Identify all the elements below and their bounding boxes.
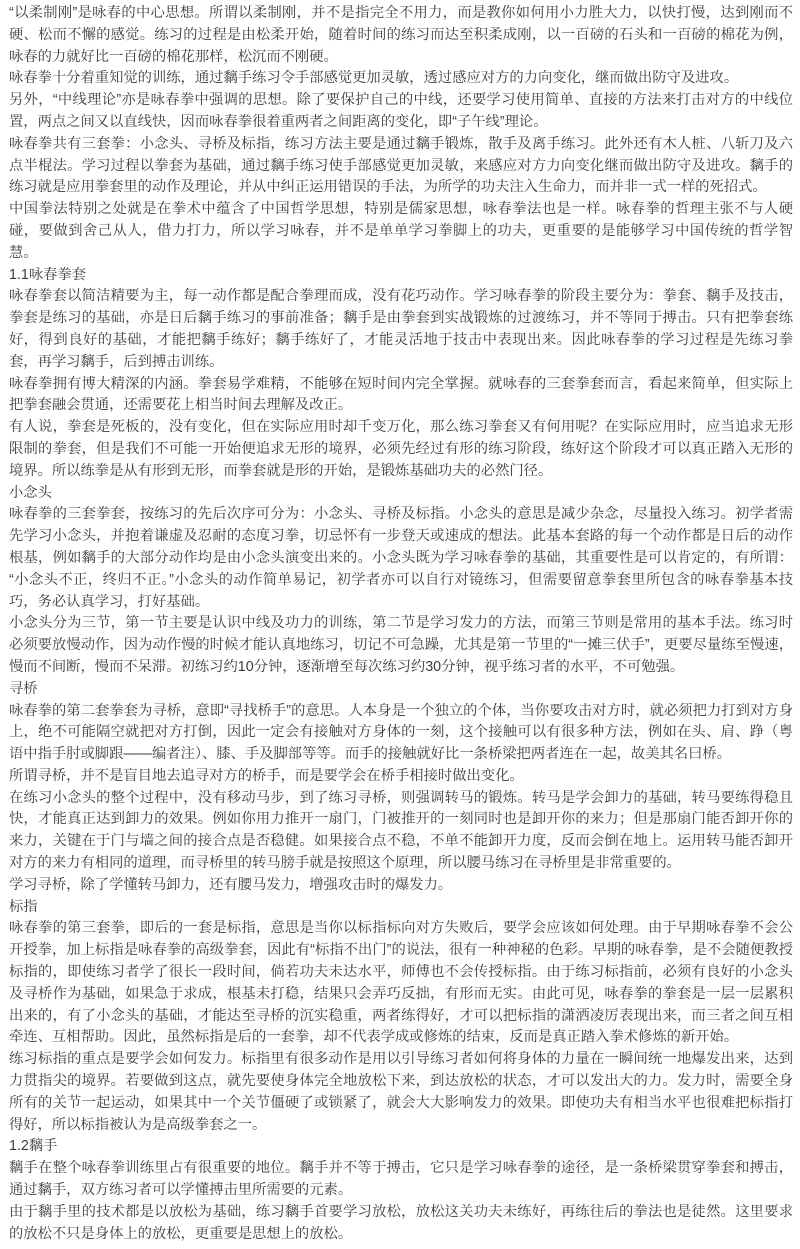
paragraph: 咏春拳的第三套拳，即后的一套是标指，意思是当你以标指标向对方失败后，要学会应该如… [9, 918, 793, 1049]
section-heading-yongchun-quantao: 1.1咏春拳套 [9, 265, 793, 287]
paragraph: 咏春拳十分着重知觉的训练，通过黐手练习令手部感觉更加灵敏，透过感应对方的力向变化… [9, 68, 793, 90]
section-heading-chi-sau: 1.2黐手 [9, 1136, 793, 1158]
paragraph: 另外，“中线理论”亦是咏春拳中强调的思想。除了要保护自己的中线，还要学习使用简单… [9, 90, 793, 134]
document-page: “以柔制刚”是咏春的中心思想。所谓以柔制刚，并不是指完全不用力，而是教你如何用小… [0, 0, 800, 1249]
paragraph: 中国拳法特别之处就是在拳术中蕴含了中国哲学思想，特别是儒家思想，咏春拳法也是一样… [9, 199, 793, 264]
paragraph: 小念头分为三节，第一节主要是认识中线及功力的训练，第二节是学习发力的方法，而第三… [9, 613, 793, 678]
paragraph: “以柔制刚”是咏春的中心思想。所谓以柔制刚，并不是指完全不用力，而是教你如何用小… [9, 3, 793, 68]
paragraph: 由于黐手里的技术都是以放松为基础，练习黐手首要学习放松，放松这关功夫未练好，再练… [9, 1202, 793, 1246]
paragraph: 学习寻桥，除了学懂转马卸力，还有腰马发力，增强攻击时的爆发力。 [9, 875, 793, 897]
section-heading-siu-nim-tau: 小念头 [9, 483, 793, 505]
paragraph: 练习标指的重点是要学会如何发力。标指里有很多动作是用以引导练习者如何将身体的力量… [9, 1049, 793, 1136]
paragraph: 所谓寻桥，并不是盲目地去追寻对方的桥手，而是要学会在桥手相接时做出变化。 [9, 766, 793, 788]
paragraph: 有人说，拳套是死板的，没有变化，但在实际应用时却千变万化，那么练习拳套又有何用呢… [9, 417, 793, 482]
section-heading-chum-kiu: 寻桥 [9, 679, 793, 701]
paragraph: 在练习小念头的整个过程中，没有移动马步，到了练习寻桥，则强调转马的锻炼。转马是学… [9, 788, 793, 875]
paragraph: 咏春拳套以简洁精要为主，每一动作都是配合拳理而成，没有花巧动作。学习咏春拳的阶段… [9, 286, 793, 373]
paragraph: 黐手在整个咏春拳训练里占有很重要的地位。黐手并不等于搏击，它只是学习咏春拳的途径… [9, 1158, 793, 1202]
document-body: “以柔制刚”是咏春的中心思想。所谓以柔制刚，并不是指完全不用力，而是教你如何用小… [9, 3, 793, 1245]
section-heading-biu-ji: 标指 [9, 897, 793, 919]
paragraph: 咏春拳的三套拳套，按练习的先后次序可分为：小念头、寻桥及标指。小念头的意思是减少… [9, 504, 793, 613]
paragraph: 咏春拳拥有博大精深的内涵。拳套易学难精，不能够在短时间内完全掌握。就咏春的三套拳… [9, 374, 793, 418]
paragraph: 咏春拳的第二套拳套为寻桥，意即“寻找桥手”的意思。人本身是一个独立的个体，当你要… [9, 701, 793, 766]
paragraph: 咏春拳共有三套拳：小念头、寻桥及标指，练习方法主要是通过黐手锻炼，散手及离手练习… [9, 134, 793, 199]
